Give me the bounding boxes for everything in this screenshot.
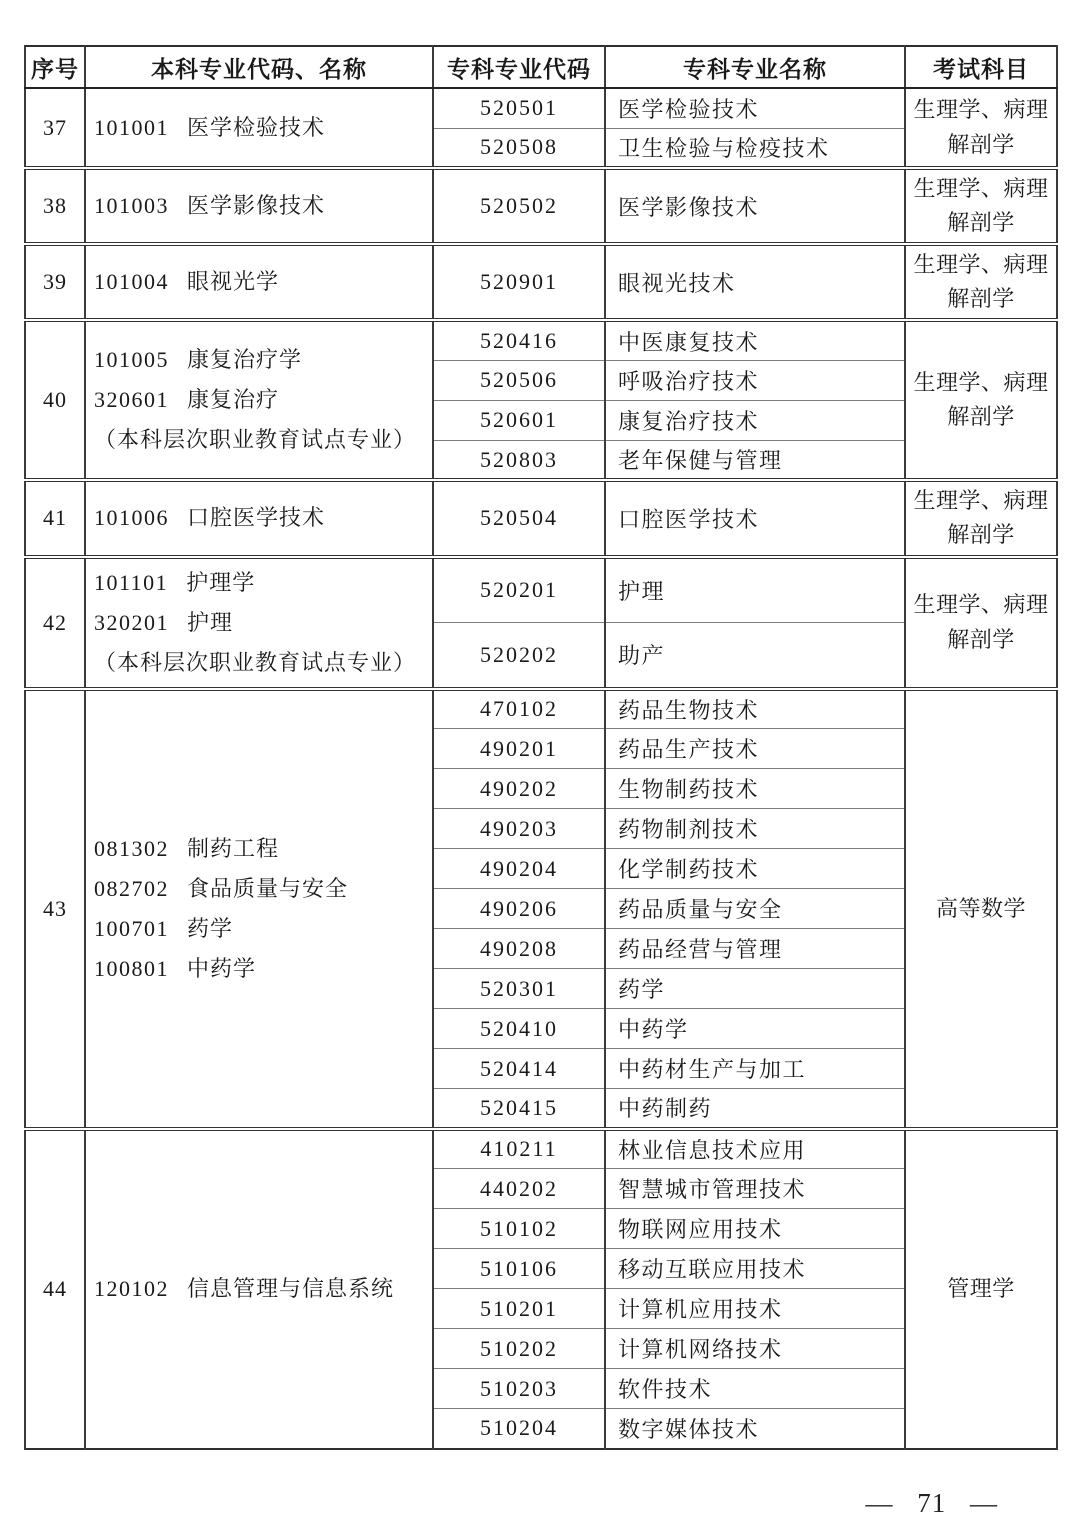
undergrad-name: 口腔医学技术: [187, 505, 325, 530]
major-name-cell: 计算机应用技术: [605, 1289, 905, 1329]
exam-subject-cell: 生理学、病理解剖学: [905, 168, 1057, 244]
major-name-cell: 化学制药技术: [605, 849, 905, 889]
undergrad-name: 康复治疗学: [187, 347, 302, 372]
header-cell-2: 专科专业代码: [433, 46, 605, 88]
table-row: 40101005康复治疗学320601康复治疗（本科层次职业教育试点专业）520…: [25, 320, 1057, 360]
undergrad-name: 信息管理与信息系统: [187, 1276, 394, 1301]
undergrad-line: 120102信息管理与信息系统: [94, 1269, 428, 1309]
undergrad-code: 081302: [94, 836, 169, 861]
undergrad-code: 101001: [94, 115, 169, 140]
table-row: 41101006口腔医学技术520504口腔医学技术生理学、病理解剖学: [25, 480, 1057, 556]
undergrad-name: 中药学: [187, 956, 256, 981]
major-code-cell: 520504: [433, 480, 605, 556]
major-name-cell: 移动互联应用技术: [605, 1249, 905, 1289]
seq-cell: 42: [25, 557, 85, 689]
undergrad-code: 101006: [94, 505, 169, 530]
major-name-cell: 生物制药技术: [605, 769, 905, 809]
major-name-cell: 智慧城市管理技术: [605, 1169, 905, 1209]
major-code-cell: 520901: [433, 244, 605, 320]
major-name-cell: 护理: [605, 557, 905, 623]
header-row: 序号本科专业代码、名称专科专业代码专科专业名称考试科目: [25, 46, 1057, 88]
major-code-cell: 520502: [433, 168, 605, 244]
undergrad-line: 100701药学: [94, 909, 428, 949]
major-code-cell: 520501: [433, 88, 605, 128]
major-name-cell: 数字媒体技术: [605, 1409, 905, 1449]
undergrad-line: 100801中药学: [94, 949, 428, 989]
major-code-cell: 470102: [433, 689, 605, 729]
undergrad-line: 101006口腔医学技术: [94, 498, 428, 538]
major-name-cell: 中医康复技术: [605, 320, 905, 360]
undergrad-line: 101004眼视光学: [94, 262, 428, 302]
major-name-cell: 药品生产技术: [605, 729, 905, 769]
seq-cell: 38: [25, 168, 85, 244]
undergrad-note: （本科层次职业教育试点专业）: [94, 420, 428, 460]
major-name-cell: 软件技术: [605, 1369, 905, 1409]
table-header: 序号本科专业代码、名称专科专业代码专科专业名称考试科目: [25, 46, 1057, 88]
major-code-cell: 490202: [433, 769, 605, 809]
major-code-cell: 410211: [433, 1129, 605, 1169]
major-code-cell: 520415: [433, 1089, 605, 1129]
undergrad-code: 101004: [94, 269, 169, 294]
major-name-cell: 计算机网络技术: [605, 1329, 905, 1369]
undergrad-code: 101003: [94, 193, 169, 218]
undergrad-code: 100701: [94, 916, 169, 941]
undergrad-line: 101005康复治疗学: [94, 340, 428, 380]
undergrad-cell: 101005康复治疗学320601康复治疗（本科层次职业教育试点专业）: [85, 320, 433, 480]
major-name-cell: 卫生检验与检疫技术: [605, 128, 905, 168]
undergrad-name: 眼视光学: [187, 269, 279, 294]
undergrad-name: 医学影像技术: [187, 193, 325, 218]
table-row: 44120102信息管理与信息系统410211林业信息技术应用管理学: [25, 1129, 1057, 1169]
table-row: 42101101护理学320201护理（本科层次职业教育试点专业）520201护…: [25, 557, 1057, 623]
major-code-cell: 490204: [433, 849, 605, 889]
major-name-cell: 康复治疗技术: [605, 400, 905, 440]
major-name-cell: 林业信息技术应用: [605, 1129, 905, 1169]
exam-subject-cell: 生理学、病理解剖学: [905, 88, 1057, 168]
undergrad-line: 320201护理: [94, 603, 428, 643]
undergrad-code: 100801: [94, 956, 169, 981]
major-name-cell: 医学影像技术: [605, 168, 905, 244]
undergrad-cell: 101001医学检验技术: [85, 88, 433, 168]
major-code-cell: 490203: [433, 809, 605, 849]
major-name-cell: 老年保健与管理: [605, 440, 905, 480]
major-code-cell: 520202: [433, 623, 605, 689]
undergrad-line: 101003医学影像技术: [94, 186, 428, 226]
undergrad-code: 101101: [94, 570, 168, 595]
undergrad-cell: 101004眼视光学: [85, 244, 433, 320]
majors-table: 序号本科专业代码、名称专科专业代码专科专业名称考试科目 37101001医学检验…: [24, 45, 1058, 1450]
exam-subject-cell: 管理学: [905, 1129, 1057, 1449]
major-code-cell: 510106: [433, 1249, 605, 1289]
major-code-cell: 440202: [433, 1169, 605, 1209]
major-name-cell: 物联网应用技术: [605, 1209, 905, 1249]
major-code-cell: 520508: [433, 128, 605, 168]
major-code-cell: 520414: [433, 1049, 605, 1089]
undergrad-code: 120102: [94, 1276, 169, 1301]
undergrad-name: 食品质量与安全: [187, 876, 348, 901]
exam-subject-cell: 高等数学: [905, 689, 1057, 1129]
undergrad-line: 081302制药工程: [94, 829, 428, 869]
major-code-cell: 490201: [433, 729, 605, 769]
major-name-cell: 药品生物技术: [605, 689, 905, 729]
major-name-cell: 医学检验技术: [605, 88, 905, 128]
table-body: 37101001医学检验技术520501医学检验技术生理学、病理解剖学52050…: [25, 88, 1057, 1449]
major-name-cell: 中药制药: [605, 1089, 905, 1129]
major-name-cell: 眼视光技术: [605, 244, 905, 320]
header-cell-3: 专科专业名称: [605, 46, 905, 88]
exam-subject-cell: 生理学、病理解剖学: [905, 244, 1057, 320]
seq-cell: 44: [25, 1129, 85, 1449]
table-row: 37101001医学检验技术520501医学检验技术生理学、病理解剖学: [25, 88, 1057, 128]
undergrad-code: 320601: [94, 387, 169, 412]
undergrad-line: 082702食品质量与安全: [94, 869, 428, 909]
major-code-cell: 520506: [433, 360, 605, 400]
major-name-cell: 助产: [605, 623, 905, 689]
major-code-cell: 510202: [433, 1329, 605, 1369]
major-name-cell: 口腔医学技术: [605, 480, 905, 556]
major-code-cell: 490208: [433, 929, 605, 969]
major-code-cell: 520803: [433, 440, 605, 480]
seq-cell: 37: [25, 88, 85, 168]
undergrad-code: 082702: [94, 876, 169, 901]
major-name-cell: 中药学: [605, 1009, 905, 1049]
undergrad-line: 101101护理学: [94, 563, 428, 603]
major-name-cell: 药物制剂技术: [605, 809, 905, 849]
undergrad-line: 101001医学检验技术: [94, 108, 428, 148]
major-code-cell: 520410: [433, 1009, 605, 1049]
major-code-cell: 510203: [433, 1369, 605, 1409]
undergrad-cell: 101101护理学320201护理（本科层次职业教育试点专业）: [85, 557, 433, 689]
undergrad-name: 制药工程: [187, 836, 279, 861]
major-code-cell: 510102: [433, 1209, 605, 1249]
page-number: — 71 —: [24, 1488, 1056, 1513]
header-cell-4: 考试科目: [905, 46, 1057, 88]
seq-cell: 41: [25, 480, 85, 556]
table-row: 38101003医学影像技术520502医学影像技术生理学、病理解剖学: [25, 168, 1057, 244]
exam-subject-cell: 生理学、病理解剖学: [905, 480, 1057, 556]
major-code-cell: 520601: [433, 400, 605, 440]
major-code-cell: 520301: [433, 969, 605, 1009]
seq-cell: 39: [25, 244, 85, 320]
major-code-cell: 510204: [433, 1409, 605, 1449]
table-row: 39101004眼视光学520901眼视光技术生理学、病理解剖学: [25, 244, 1057, 320]
table-row: 43081302制药工程082702食品质量与安全100701药学100801中…: [25, 689, 1057, 729]
major-name-cell: 药学: [605, 969, 905, 1009]
document-page: 序号本科专业代码、名称专科专业代码专科专业名称考试科目 37101001医学检验…: [0, 0, 1080, 1513]
undergrad-name: 康复治疗: [187, 387, 279, 412]
undergrad-line: 320601康复治疗: [94, 380, 428, 420]
seq-cell: 43: [25, 689, 85, 1129]
major-code-cell: 520416: [433, 320, 605, 360]
major-code-cell: 510201: [433, 1289, 605, 1329]
undergrad-name: 护理: [187, 610, 233, 635]
exam-subject-cell: 生理学、病理解剖学: [905, 557, 1057, 689]
major-name-cell: 药品经营与管理: [605, 929, 905, 969]
major-name-cell: 药品质量与安全: [605, 889, 905, 929]
header-cell-1: 本科专业代码、名称: [85, 46, 433, 88]
undergrad-name: 医学检验技术: [187, 115, 325, 140]
undergrad-code: 101005: [94, 347, 169, 372]
major-code-cell: 490206: [433, 889, 605, 929]
undergrad-cell: 120102信息管理与信息系统: [85, 1129, 433, 1449]
undergrad-cell: 101006口腔医学技术: [85, 480, 433, 556]
undergrad-name: 护理学: [186, 570, 255, 595]
undergrad-cell: 101003医学影像技术: [85, 168, 433, 244]
major-name-cell: 呼吸治疗技术: [605, 360, 905, 400]
undergrad-code: 320201: [94, 610, 169, 635]
undergrad-name: 药学: [187, 916, 233, 941]
undergrad-note: （本科层次职业教育试点专业）: [94, 643, 428, 683]
undergrad-cell: 081302制药工程082702食品质量与安全100701药学100801中药学: [85, 689, 433, 1129]
header-cell-0: 序号: [25, 46, 85, 88]
major-name-cell: 中药材生产与加工: [605, 1049, 905, 1089]
seq-cell: 40: [25, 320, 85, 480]
major-code-cell: 520201: [433, 557, 605, 623]
exam-subject-cell: 生理学、病理解剖学: [905, 320, 1057, 480]
